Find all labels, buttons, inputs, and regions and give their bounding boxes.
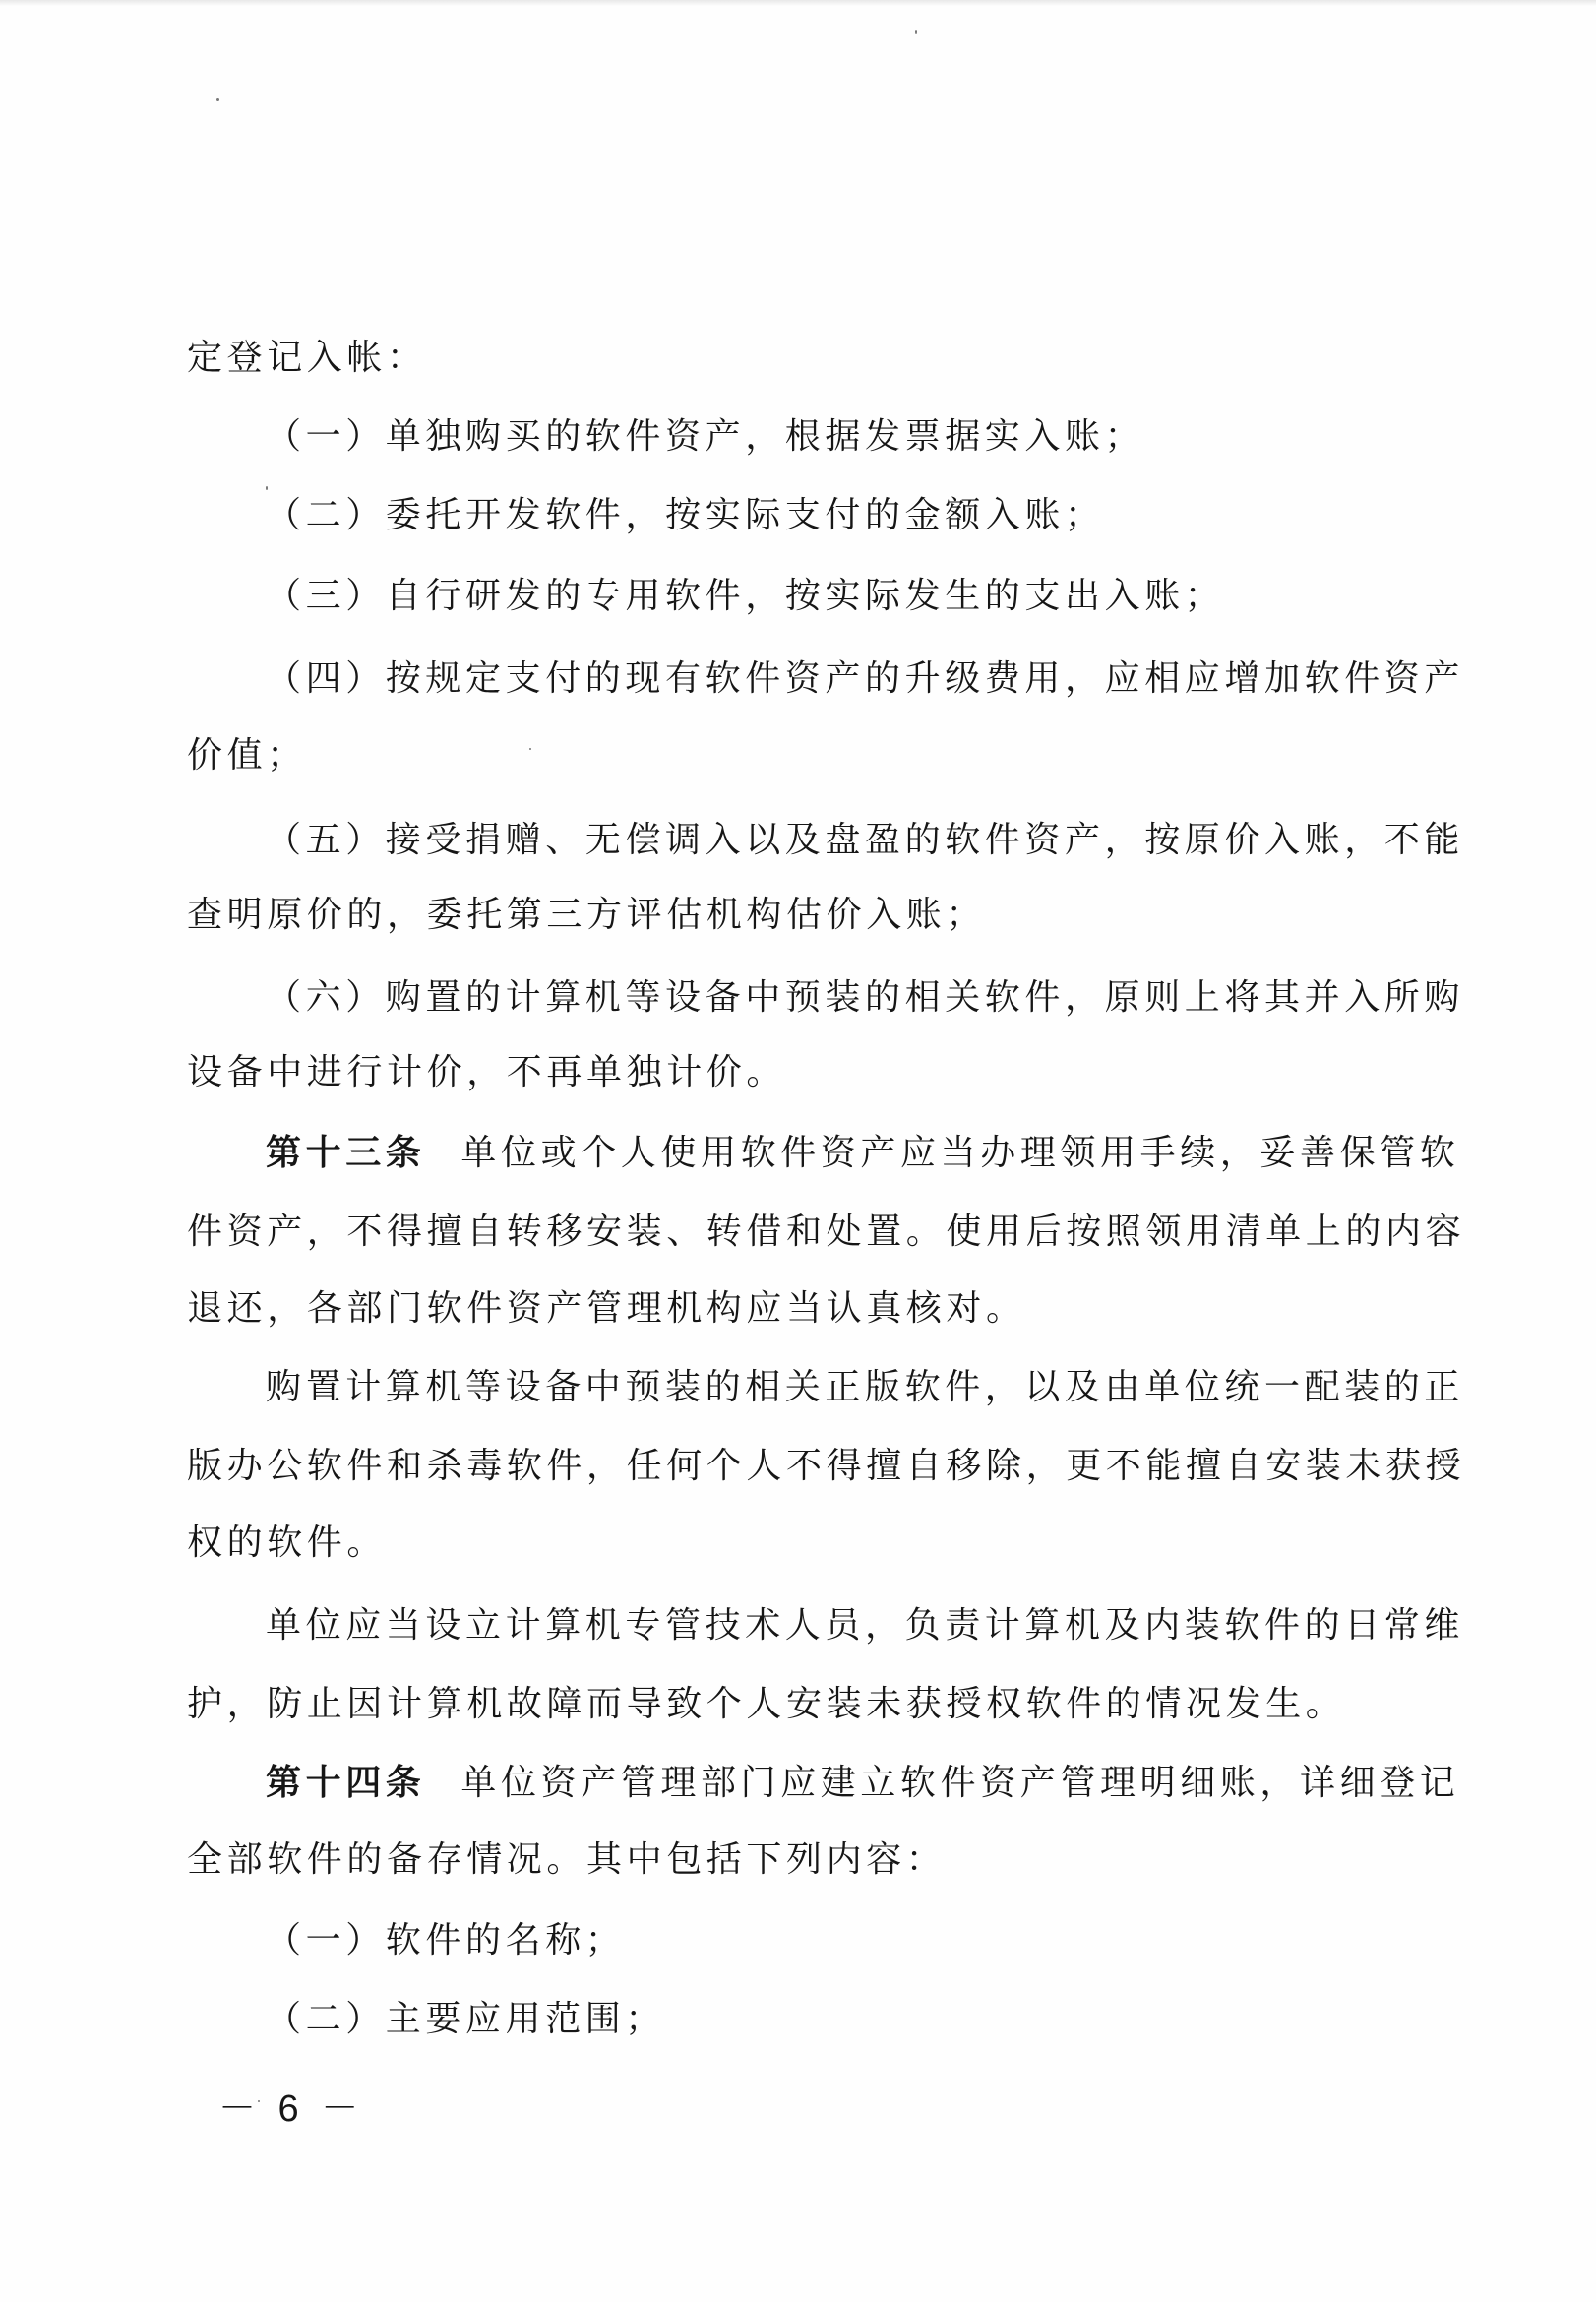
paragraph-line: 全部软件的备存情况。其中包括下列内容： <box>187 1836 1399 1884</box>
paragraph-line: 版办公软件和杀毒软件，任何个人不得擅自移除，更不能擅自安装未获授 <box>187 1443 1399 1490</box>
scan-speck <box>216 98 219 101</box>
list-item-1: （一）单独购买的软件资产，根据发票据实入账； <box>266 413 1399 461</box>
article-13-text: 单位或个人使用软件资产应当办理领用手续，妥善保管软 <box>460 1133 1459 1173</box>
list-item-6-continuation: 设备中进行计价，不再单独计价。 <box>187 1049 1399 1096</box>
list-item-5-continuation: 查明原价的，委托第三方评估机构估价入账； <box>187 892 1399 939</box>
article-14-first-line: 第十四条单位资产管理部门应建立软件资产管理明细账，详细登记 <box>266 1760 1399 1807</box>
list-item-3: （三）自行研发的专用软件，按实际发生的支出入账； <box>266 573 1399 620</box>
article-13-first-line: 第十三条单位或个人使用软件资产应当办理领用手续，妥善保管软 <box>266 1130 1399 1177</box>
paragraph-line: 单位应当设立计算机专管技术人员，负责计算机及内装软件的日常维 <box>266 1602 1399 1649</box>
list-item-4: （四）按规定支付的现有软件资产的升级费用，应相应增加软件资产 <box>266 655 1399 703</box>
paragraph-line: 权的软件。 <box>187 1520 1399 1567</box>
paragraph-line: 定登记入帐： <box>187 335 1399 382</box>
page-number: － 6 － <box>218 2087 364 2131</box>
list-item-2: （二）主要应用范围； <box>266 1996 1399 2043</box>
list-item-6: （六）购置的计算机等设备中预装的相关软件，原则上将其并入所购 <box>266 974 1399 1022</box>
paragraph-line: 护，防止因计算机故障而导致个人安装未获授权软件的情况发生。 <box>187 1681 1399 1728</box>
paragraph-line: 件资产，不得擅自转移安装、转借和处置。使用后按照领用清单上的内容 <box>187 1209 1399 1256</box>
list-item-2: （二）委托开发软件，按实际支付的金额入账； <box>266 492 1399 539</box>
article-14-heading: 第十四条 <box>266 1763 425 1803</box>
scan-speck <box>915 30 917 34</box>
scan-speck <box>266 486 268 490</box>
list-item-1: （一）软件的名称； <box>266 1917 1399 1964</box>
list-item-4-continuation: 价值； <box>187 732 1399 779</box>
document-page: 定登记入帐： （一）单独购买的软件资产，根据发票据实入账； （二）委托开发软件，… <box>0 0 1596 2302</box>
paragraph-line: 购置计算机等设备中预装的相关正版软件，以及由单位统一配装的正 <box>266 1364 1399 1411</box>
scan-top-edge <box>0 0 1596 6</box>
paragraph-line: 退还，各部门软件资产管理机构应当认真核对。 <box>187 1285 1399 1333</box>
article-13-heading: 第十三条 <box>266 1133 425 1173</box>
list-item-5: （五）接受捐赠、无偿调入以及盘盈的软件资产，按原价入账，不能 <box>266 817 1399 864</box>
article-14-text: 单位资产管理部门应建立软件资产管理明细账，详细登记 <box>460 1763 1459 1803</box>
